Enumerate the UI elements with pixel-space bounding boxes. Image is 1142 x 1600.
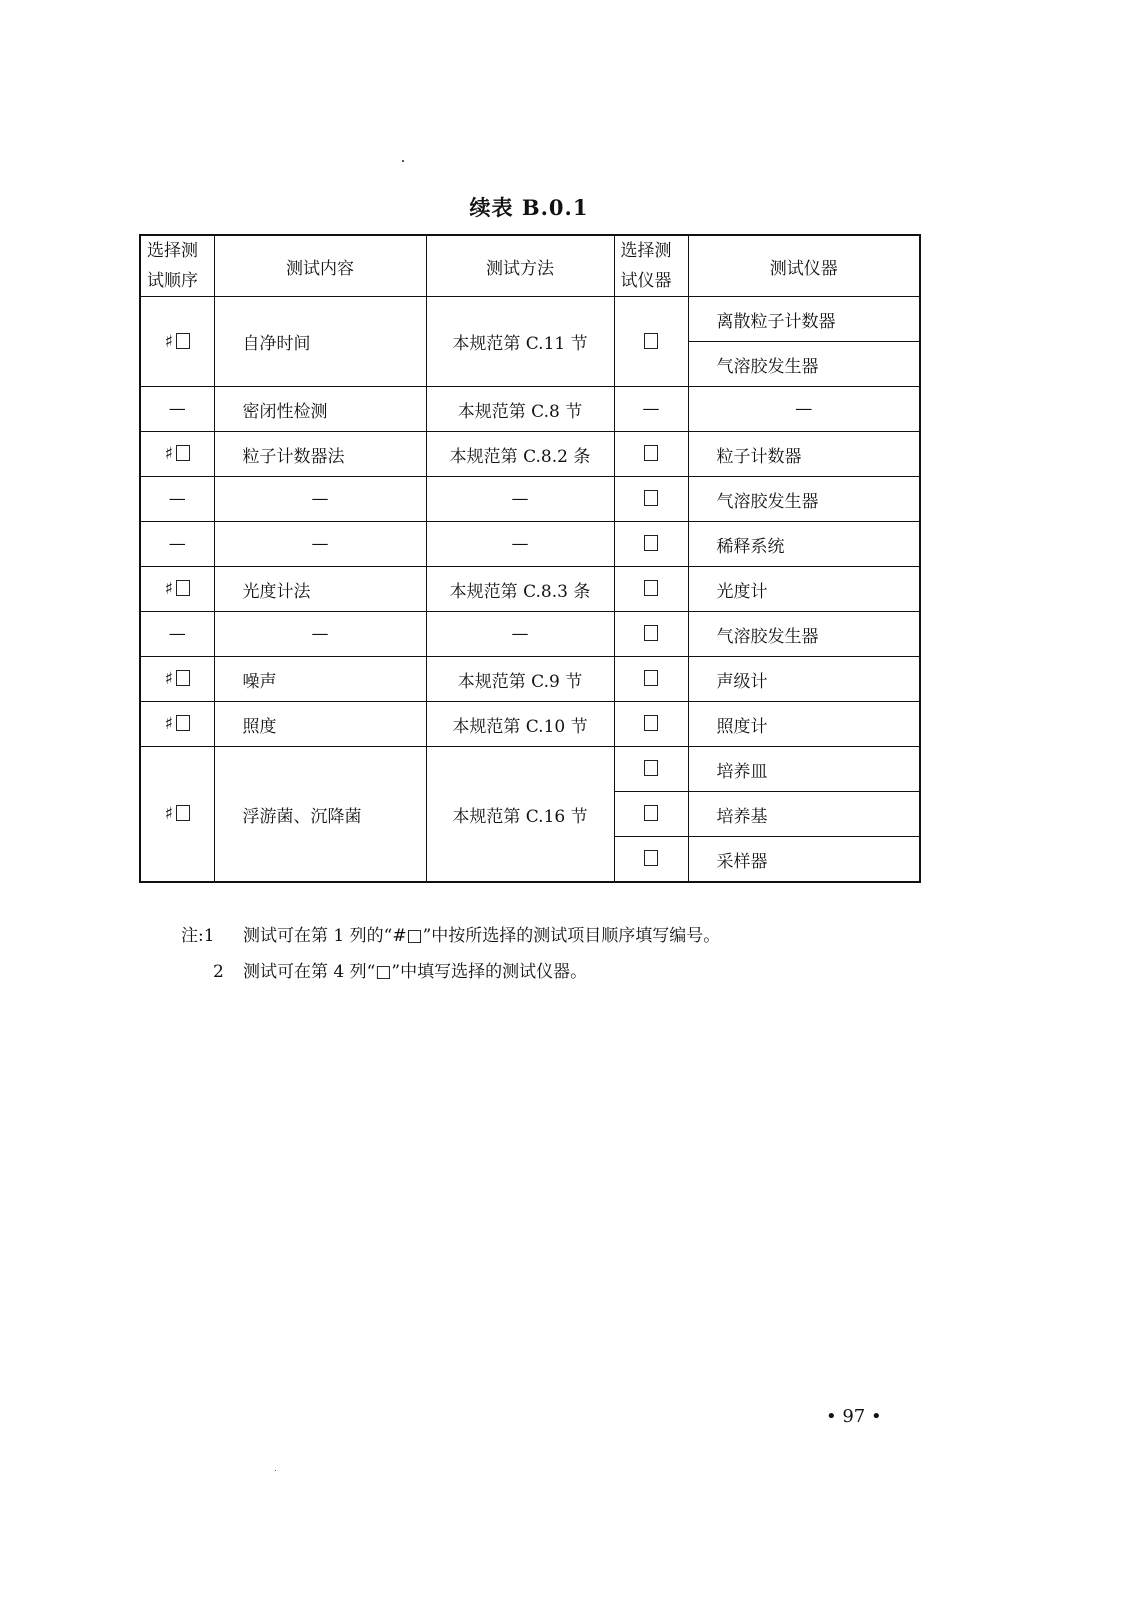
select-cell[interactable] <box>614 702 688 747</box>
hash-mark: ♯ <box>165 669 173 689</box>
select-cell[interactable] <box>614 792 688 837</box>
table-notes: 注:1测试可在第 1 列的“#□”中按所选择的测试项目顺序填写编号。 2测试可在… <box>181 918 720 990</box>
checkbox-icon[interactable] <box>644 490 658 506</box>
instrument-cell: 粒子计数器 <box>688 432 920 477</box>
page-number: • 97 • <box>826 1406 882 1427</box>
header-test-method: 测试方法 <box>426 235 614 297</box>
scan-speck <box>402 160 404 162</box>
table-row: ♯ 自净时间 本规范第 C.11 节 离散粒子计数器 <box>140 297 920 342</box>
checkbox-icon[interactable] <box>176 715 190 731</box>
content-cell: 噪声 <box>214 657 426 702</box>
checkbox-icon[interactable] <box>644 445 658 461</box>
hash-mark: ♯ <box>165 804 173 824</box>
select-cell: — <box>614 387 688 432</box>
select-cell[interactable] <box>614 522 688 567</box>
checkbox-icon[interactable] <box>644 715 658 731</box>
checkbox-icon[interactable] <box>644 670 658 686</box>
content-cell: — <box>214 477 426 522</box>
instrument-cell: 培养基 <box>688 792 920 837</box>
select-cell[interactable] <box>614 612 688 657</box>
content-cell: 粒子计数器法 <box>214 432 426 477</box>
method-cell: 本规范第 C.10 节 <box>426 702 614 747</box>
content-cell: 光度计法 <box>214 567 426 612</box>
method-cell: 本规范第 C.8.3 条 <box>426 567 614 612</box>
hash-mark: ♯ <box>165 714 173 734</box>
instrument-cell: 稀释系统 <box>688 522 920 567</box>
note-2: 2测试可在第 4 列“□”中填写选择的测试仪器。 <box>181 954 720 990</box>
content-cell: 密闭性检测 <box>214 387 426 432</box>
note-1: 注:1测试可在第 1 列的“#□”中按所选择的测试项目顺序填写编号。 <box>181 918 720 954</box>
note-text: 测试可在第 4 列“□”中填写选择的测试仪器。 <box>243 962 587 982</box>
instrument-cell: 气溶胶发生器 <box>688 477 920 522</box>
hash-mark: ♯ <box>165 444 173 464</box>
order-cell[interactable]: ♯ <box>140 432 214 477</box>
header-test-content: 测试内容 <box>214 235 426 297</box>
instrument-cell: 气溶胶发生器 <box>688 612 920 657</box>
select-cell[interactable] <box>614 297 688 387</box>
instrument-cell: 采样器 <box>688 837 920 883</box>
table-row: — — — 气溶胶发生器 <box>140 477 920 522</box>
checkbox-icon[interactable] <box>176 805 190 821</box>
table-row: ♯ 浮游菌、沉降菌 本规范第 C.16 节 培养皿 <box>140 747 920 792</box>
method-cell: — <box>426 522 614 567</box>
instrument-cell: 照度计 <box>688 702 920 747</box>
table-row: — — — 气溶胶发生器 <box>140 612 920 657</box>
scan-speck <box>275 1470 276 1471</box>
method-cell: 本规范第 C.8 节 <box>426 387 614 432</box>
select-cell[interactable] <box>614 657 688 702</box>
hash-mark: ♯ <box>165 332 173 352</box>
checkbox-icon[interactable] <box>176 445 190 461</box>
content-cell: 照度 <box>214 702 426 747</box>
order-cell[interactable]: ♯ <box>140 297 214 387</box>
note-text: 测试可在第 1 列的“#□”中按所选择的测试项目顺序填写编号。 <box>243 926 720 946</box>
content-cell: 自净时间 <box>214 297 426 387</box>
header-row: 选择测试顺序 测试内容 测试方法 选择测试仪器 测试仪器 <box>140 235 920 297</box>
table-row: ♯ 粒子计数器法 本规范第 C.8.2 条 粒子计数器 <box>140 432 920 477</box>
method-cell: 本规范第 C.11 节 <box>426 297 614 387</box>
order-cell: — <box>140 387 214 432</box>
checkbox-icon[interactable] <box>644 760 658 776</box>
table-row: — — — 稀释系统 <box>140 522 920 567</box>
checkbox-icon[interactable] <box>644 850 658 866</box>
order-cell[interactable]: ♯ <box>140 657 214 702</box>
checkbox-icon[interactable] <box>644 333 658 349</box>
checkbox-icon[interactable] <box>176 333 190 349</box>
order-cell[interactable]: ♯ <box>140 567 214 612</box>
checkbox-icon[interactable] <box>644 535 658 551</box>
content-cell: — <box>214 522 426 567</box>
select-cell[interactable] <box>614 837 688 883</box>
order-cell: — <box>140 477 214 522</box>
table-row: ♯ 照度 本规范第 C.10 节 照度计 <box>140 702 920 747</box>
order-cell: — <box>140 612 214 657</box>
order-cell[interactable]: ♯ <box>140 702 214 747</box>
instrument-cell: 气溶胶发生器 <box>688 342 920 387</box>
table-row: — 密闭性检测 本规范第 C.8 节 — — <box>140 387 920 432</box>
instrument-cell: 培养皿 <box>688 747 920 792</box>
instrument-cell: 离散粒子计数器 <box>688 297 920 342</box>
instrument-cell: 声级计 <box>688 657 920 702</box>
header-test-instrument: 测试仪器 <box>688 235 920 297</box>
method-cell: — <box>426 477 614 522</box>
hash-mark: ♯ <box>165 579 173 599</box>
table-row: ♯ 光度计法 本规范第 C.8.3 条 光度计 <box>140 567 920 612</box>
header-test-order: 选择测试顺序 <box>140 235 214 297</box>
method-cell: 本规范第 C.16 节 <box>426 747 614 883</box>
table-row: ♯ 噪声 本规范第 C.9 节 声级计 <box>140 657 920 702</box>
method-cell: — <box>426 612 614 657</box>
instrument-cell: — <box>688 387 920 432</box>
order-cell: — <box>140 522 214 567</box>
checkbox-icon[interactable] <box>644 805 658 821</box>
checkbox-icon[interactable] <box>644 625 658 641</box>
checkbox-icon[interactable] <box>644 580 658 596</box>
instrument-cell: 光度计 <box>688 567 920 612</box>
note-label: 注:1 <box>181 918 243 954</box>
note-label: 2 <box>213 954 243 990</box>
select-cell[interactable] <box>614 747 688 792</box>
order-cell[interactable]: ♯ <box>140 747 214 883</box>
select-cell[interactable] <box>614 432 688 477</box>
header-select-instrument: 选择测试仪器 <box>614 235 688 297</box>
select-cell[interactable] <box>614 567 688 612</box>
content-cell: 浮游菌、沉降菌 <box>214 747 426 883</box>
method-cell: 本规范第 C.8.2 条 <box>426 432 614 477</box>
table-title: 续表 B.0.1 <box>0 192 1058 222</box>
test-selection-table: 选择测试顺序 测试内容 测试方法 选择测试仪器 测试仪器 ♯ 自净时间 本规范第… <box>139 234 921 883</box>
content-cell: — <box>214 612 426 657</box>
checkbox-icon[interactable] <box>176 670 190 686</box>
select-cell[interactable] <box>614 477 688 522</box>
method-cell: 本规范第 C.9 节 <box>426 657 614 702</box>
checkbox-icon[interactable] <box>176 580 190 596</box>
